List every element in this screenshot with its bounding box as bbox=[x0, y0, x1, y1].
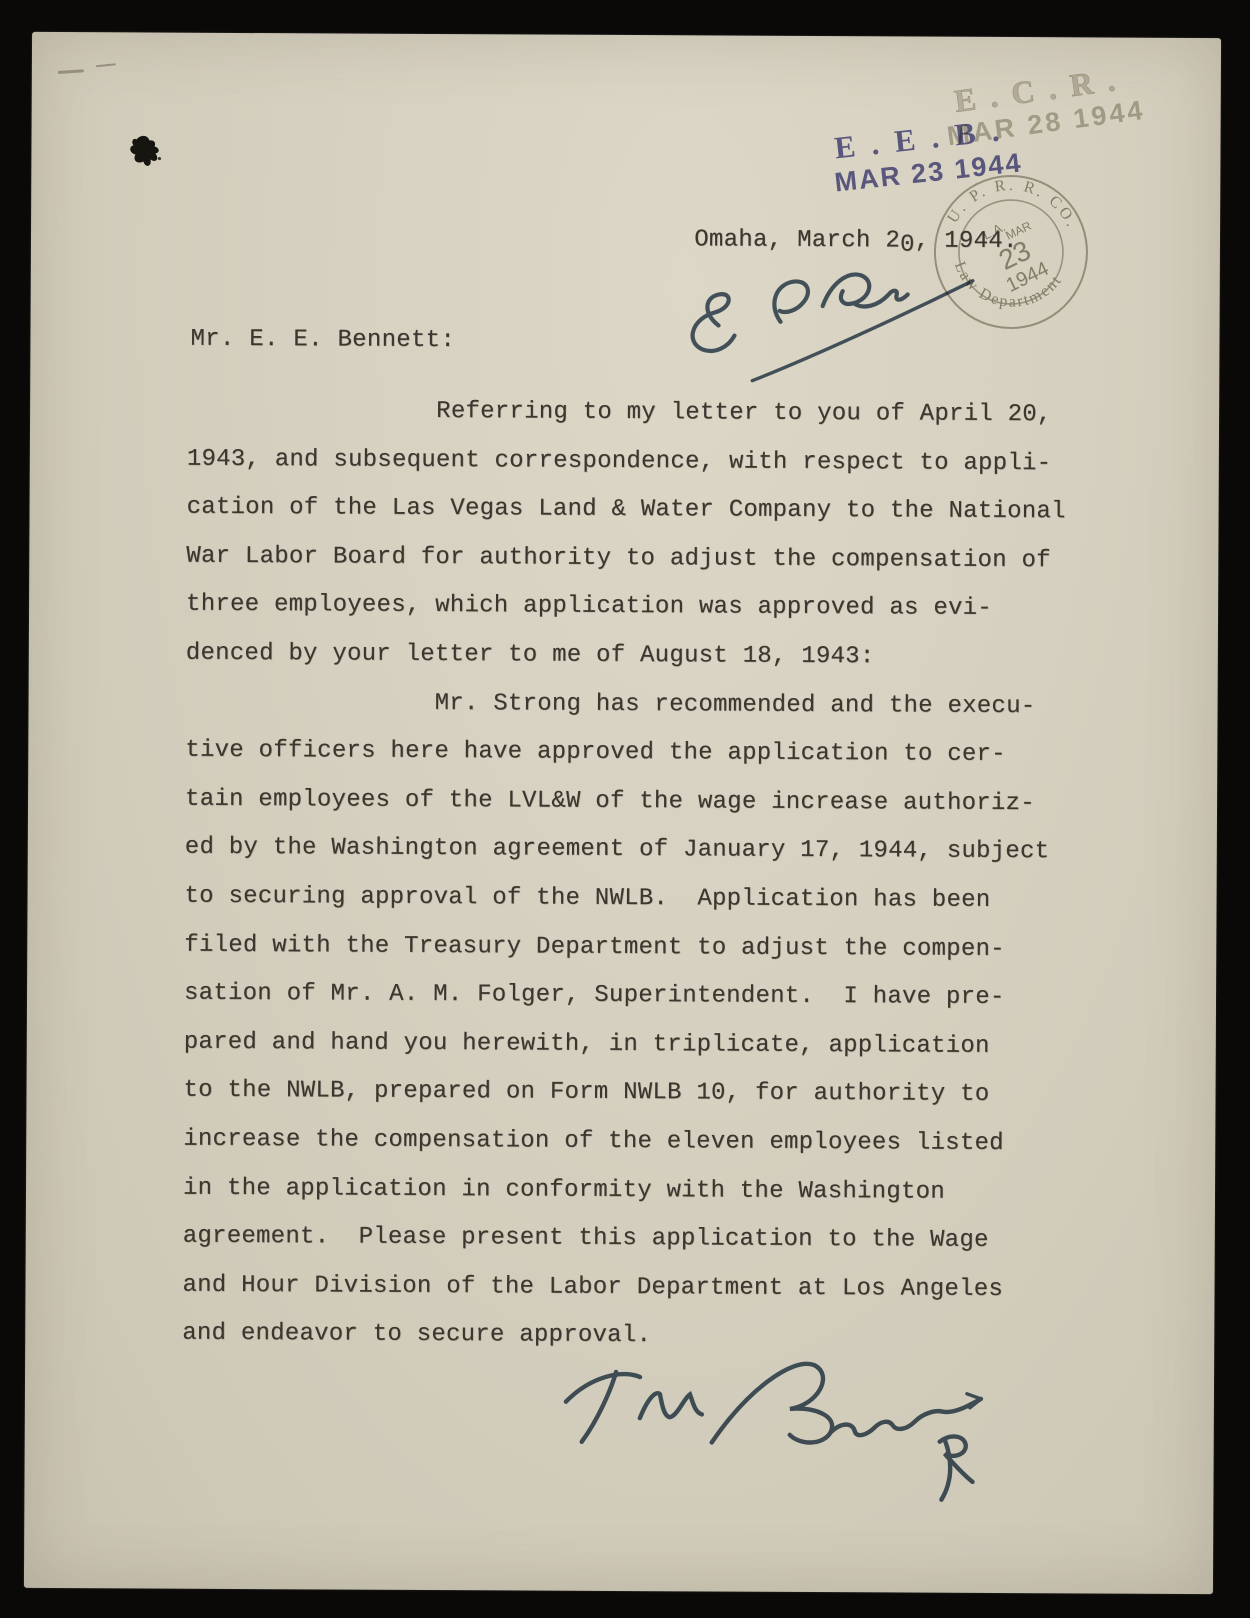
body-line: 1943, and subsequent correspondence, wit… bbox=[187, 435, 1066, 488]
paper-scratch bbox=[96, 63, 116, 67]
handwritten-initials bbox=[660, 255, 983, 397]
body-line: Referring to my letter to you of April 2… bbox=[187, 387, 1066, 440]
dateline-suffix: , 1944. bbox=[915, 228, 1018, 256]
body-line: three employees, which application was a… bbox=[186, 581, 1065, 634]
body-line: filed with the Treasury Department to ad… bbox=[184, 921, 1063, 974]
body-line: pared and hand you herewith, in triplica… bbox=[184, 1018, 1063, 1071]
body-line: to securing approval of the NWLB. Applic… bbox=[184, 873, 1063, 926]
signature bbox=[549, 1342, 1030, 1510]
body-line: to the NWLB, prepared on Form NWLB 10, f… bbox=[183, 1067, 1062, 1120]
paper-scratch bbox=[58, 69, 84, 74]
body-line: cation of the Las Vegas Land & Water Com… bbox=[186, 484, 1065, 537]
scan-background: E.C.R. MAR 28 1944 E.E.B. MAR 23 1944 U.… bbox=[0, 0, 1250, 1618]
body-line: and Hour Division of the Labor Departmen… bbox=[182, 1261, 1061, 1314]
body-line: in the application in conformity with th… bbox=[183, 1164, 1062, 1217]
body-line: increase the compensation of the eleven … bbox=[183, 1116, 1062, 1169]
salutation: Mr. E. E. Bennett: bbox=[190, 326, 455, 354]
body-line: denced by your letter to me of August 18… bbox=[186, 630, 1065, 683]
body-line: tain employees of the LVL&W of the wage … bbox=[185, 775, 1064, 828]
letter-page: E.C.R. MAR 28 1944 E.E.B. MAR 23 1944 U.… bbox=[24, 32, 1221, 1594]
body-line: ed by the Washington agreement of Januar… bbox=[185, 824, 1064, 877]
dateline-dropped-digit: 0 bbox=[900, 231, 915, 258]
body-line: sation of Mr. A. M. Folger, Superintende… bbox=[184, 970, 1063, 1023]
body-line: tive officers here have approved the app… bbox=[185, 727, 1064, 780]
body-line: Mr. Strong has recommended and the execu… bbox=[185, 678, 1064, 731]
letter-body: Referring to my letter to you of April 2… bbox=[182, 387, 1066, 1363]
dateline-prefix: Omaha, March 2 bbox=[694, 226, 900, 254]
body-line: agreement. Please present this applicati… bbox=[183, 1213, 1062, 1266]
body-line: War Labor Board for authority to adjust … bbox=[186, 532, 1065, 585]
ink-blot bbox=[123, 132, 167, 170]
